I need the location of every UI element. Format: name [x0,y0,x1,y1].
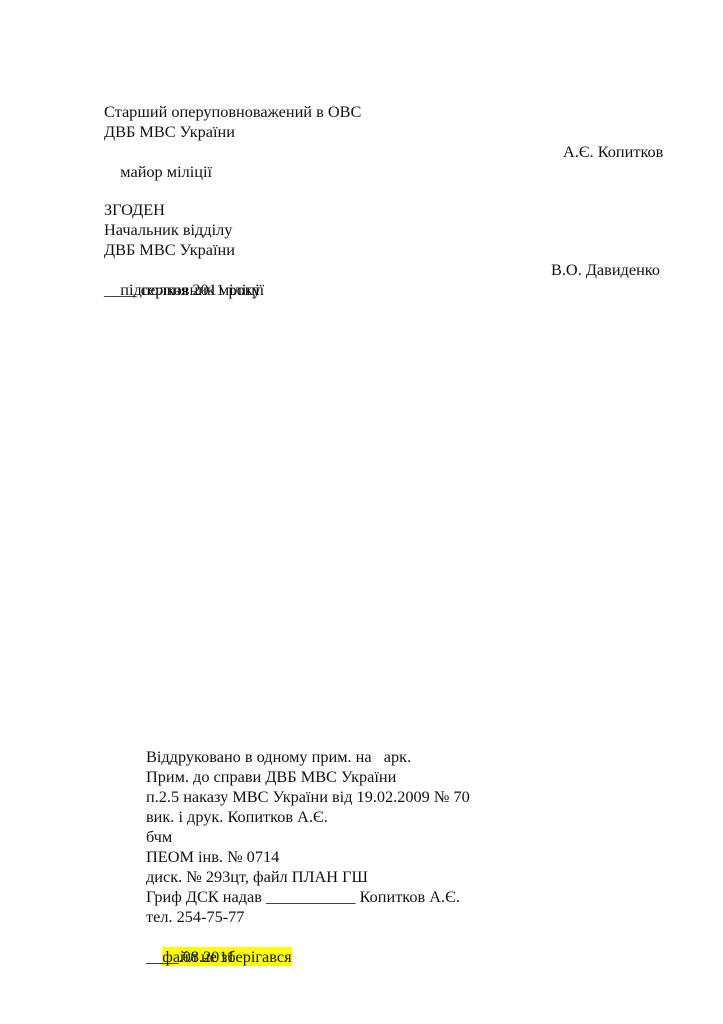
approver-position: Начальник відділу [104,220,704,240]
author-department: ДВБ МВС України [104,122,704,142]
approval-block: ЗГОДЕН Начальник відділу ДВБ МВС України… [104,200,704,300]
pc-inventory: ПЕОМ інв. № 0714 [146,847,646,867]
copy-destination: Прим. до справи ДВБ МВС України [146,767,646,787]
print-copies: Віддруковано в одному прим. на арк. [146,747,646,767]
author-rank-row: майор міліції А.Є. Копитков [104,142,704,162]
author-signature-block: Старший оперуповноважений в ОВС ДВБ МВС … [104,102,704,162]
initials-code: бчм [146,827,646,847]
approver-department: ДВБ МВС України [104,240,704,260]
author-signature-name: А.Є. Копитков [563,142,663,162]
phone-number: тел. 254-75-77 [146,907,646,927]
approver-signature-name: В.О. Давиденко [551,260,660,280]
approver-rank-row: підполковник міліції В.О. Давиденко [104,260,704,280]
disk-file: диск. № 293цт, файл ПЛАН ГШ [146,867,646,887]
approval-date: ____ серпня 2011 року [104,280,704,300]
approval-heading: ЗГОДЕН [104,200,704,220]
author-rank: майор міліції [120,162,212,181]
order-reference: п.2.5 наказу МВС України від 19.02.2009 … [146,787,646,807]
file-note-row: файл не зберігався [146,927,646,947]
executor: вик. і друк. Копитков А.Є. [146,807,646,827]
classification-stamp: Гриф ДСК надав ___________ Копитков А.Є. [146,887,646,907]
footer-date: ____.08.2011 [146,947,646,967]
print-details-block: Віддруковано в одному прим. на арк. Прим… [146,747,646,967]
author-position: Старший оперуповноважений в ОВС [104,102,704,122]
